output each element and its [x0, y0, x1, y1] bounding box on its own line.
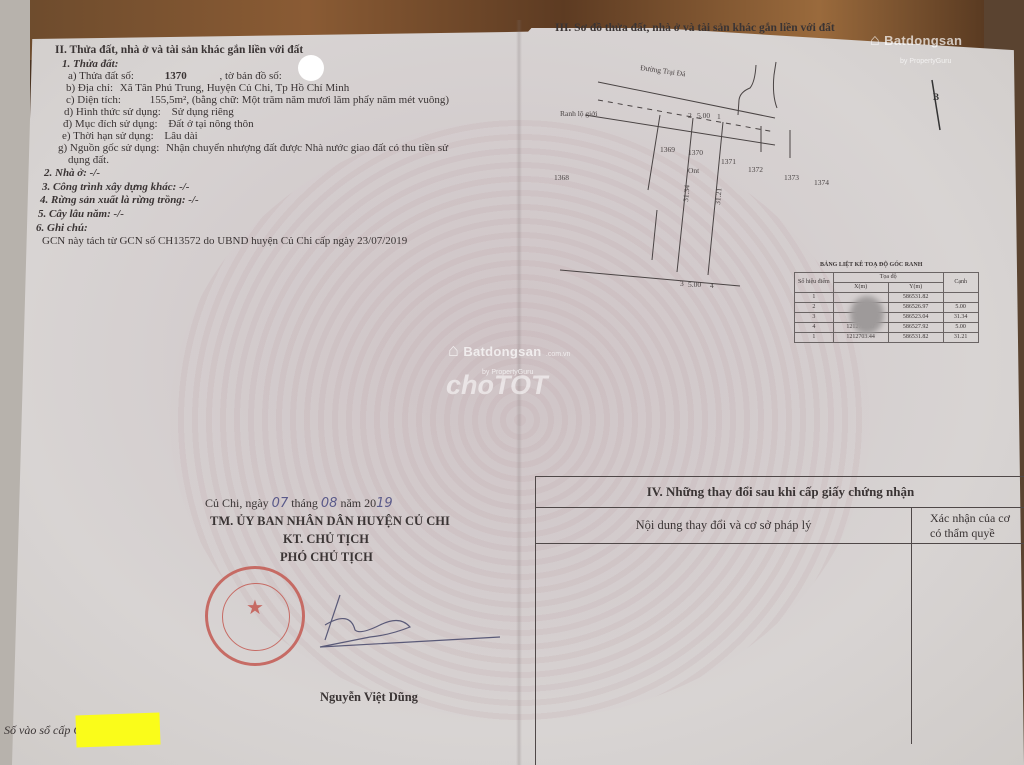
parcel-1372: 1372 — [748, 165, 763, 174]
parcel-number: 1370 — [165, 70, 187, 82]
coord-row: 41212712.47586527.925.00 — [795, 323, 979, 333]
ownership-value: Sử dụng riêng — [172, 106, 234, 118]
notes-heading: 6. Ghi chú: — [36, 222, 88, 235]
corner-top-left: 2 — [688, 111, 692, 120]
coord-table-caption: BẢNG LIỆT KÊ TOẠ ĐỘ GÓC RANH — [820, 262, 922, 268]
area-label: c) Diện tích: — [66, 94, 121, 106]
corner-bottom-right: 4 — [710, 281, 714, 290]
coord-point: 1 — [795, 333, 834, 343]
month: 08 — [321, 496, 338, 511]
confirm-cell — [912, 544, 1024, 744]
house-logo-icon: ⌂ — [870, 32, 880, 49]
watermark-top-right: ⌂ Batdongsan by PropertyGuru — [870, 32, 962, 68]
coord-y: 586523.04 — [888, 313, 943, 323]
section-4-title: IV. Những thay đổi sau khi cấp giấy chứn… — [536, 477, 1024, 508]
subject-land-code: Ont — [688, 166, 700, 175]
redaction-dot — [298, 55, 324, 81]
ownership-label: d) Hình thức sử dụng: — [64, 106, 161, 118]
term-label: e) Thời hạn sử dụng: — [62, 130, 154, 142]
north-label: B — [933, 92, 939, 102]
parcel-1369: 1369 — [660, 145, 675, 154]
year-suffix: 19 — [376, 496, 393, 511]
boundary-label: Ranh lộ giới — [560, 109, 597, 118]
coord-edge: 31.34 — [943, 313, 978, 323]
road-label: Đường Trại Đá — [640, 63, 687, 78]
place-date: Củ Chi, ngày 07 tháng 08 năm 2019 — [205, 497, 393, 510]
edge-left: 31.34 — [681, 184, 691, 202]
coord-point: 3 — [795, 313, 834, 323]
origin-value-line2: dụng đất. — [68, 154, 109, 167]
coord-point: 1 — [795, 293, 834, 303]
purpose-label: đ) Mục đích sử dụng: — [63, 118, 158, 130]
address-value: Xã Tân Phú Trung, Huyện Củ Chi, Tp Hồ Ch… — [120, 82, 349, 94]
sign-line-1: TM. ỦY BAN NHÂN DÂN HUYỆN CỦ CHI — [210, 514, 450, 529]
other-construction-row: 3. Công trình xây dựng khác: -/- — [42, 181, 189, 194]
coord-point: 2 — [795, 303, 834, 313]
parcel-1374: 1374 — [814, 178, 829, 187]
section-3-title: III. Sơ đồ thửa đất, nhà ở và tài sản kh… — [555, 22, 835, 35]
origin-label: g) Nguồn gốc sử dụng: — [58, 142, 159, 154]
col-x: X(m) — [833, 283, 888, 293]
coord-edge: 5.00 — [943, 323, 978, 333]
month-label: tháng — [291, 496, 318, 510]
subject-parcel: 1370 — [688, 148, 703, 157]
section-2-title: II. Thửa đất, nhà ở và tài sản khác gắn … — [55, 44, 303, 57]
corner-bottom-left: 3 — [680, 279, 684, 288]
edge-right: 31.21 — [713, 187, 723, 205]
corner-top-right: 1 — [717, 112, 721, 121]
coord-y: 586531.82 — [888, 293, 943, 303]
coord-y: 586526.97 — [888, 303, 943, 313]
forest-row: 4. Rừng sản xuất là rừng trồng: -/- — [40, 194, 199, 207]
house-row: 2. Nhà ở: -/- — [44, 167, 100, 180]
coord-edge: 31.21 — [943, 333, 978, 343]
year-label: năm 20 — [340, 496, 376, 510]
parcel-1371: 1371 — [721, 157, 736, 166]
purpose-value: Đất ở tại nông thôn — [168, 118, 253, 130]
perennial-row: 5. Cây lâu năm: -/- — [38, 208, 124, 221]
coord-table: Số hiệu điểm Tọa độ Cạnh X(m) Y(m) 15865… — [794, 272, 979, 343]
area-value: 155,5m², (bằng chữ: Một trăm năm mươi lă… — [150, 94, 449, 106]
origin-row: g) Nguồn gốc sử dụng: Nhận chuyển nhượng… — [58, 142, 448, 155]
edge-bottom: 5.00 — [688, 280, 701, 289]
sign-line-2: KT. CHỦ TỊCH — [283, 532, 369, 547]
coord-edge — [943, 293, 978, 303]
coord-point: 4 — [795, 323, 834, 333]
place-date-prefix: Củ Chi, ngày — [205, 496, 269, 510]
coord-x: 1212703.44 — [833, 333, 888, 343]
redaction-blur — [850, 296, 884, 334]
col-point: Số hiệu điểm — [795, 273, 834, 293]
parcel-diagram: B Đường Trại Đá Ranh lộ giới 2 5.00 1 13… — [540, 40, 980, 300]
coord-y: 586531.82 — [888, 333, 943, 343]
col-confirm: Xác nhận của cơ có thẩm quyề — [912, 508, 1024, 543]
day: 07 — [272, 496, 289, 511]
col-y: Y(m) — [888, 283, 943, 293]
parcel-number-label: a) Thửa đất số: — [68, 70, 134, 82]
coord-row: 1586531.82 — [795, 293, 979, 303]
house-logo-icon: ⌂ — [448, 340, 459, 360]
coord-row: 2586526.975.00 — [795, 303, 979, 313]
signature — [260, 585, 500, 665]
content-cell — [536, 544, 912, 744]
map-sheet-label: , tờ bản đồ số: — [219, 70, 281, 82]
col-content: Nội dung thay đổi và cơ sở pháp lý — [536, 508, 912, 543]
section-4-changes-table: IV. Những thay đổi sau khi cấp giấy chứn… — [535, 476, 1024, 765]
origin-value-line1: Nhận chuyển nhượng đất được Nhà nước gia… — [166, 142, 448, 154]
address-label: b) Địa chỉ: — [66, 82, 113, 94]
coord-row: 3586523.0431.34 — [795, 313, 979, 323]
signer-name: Nguyễn Việt Dũng — [320, 690, 418, 705]
edge-top: 5.00 — [697, 111, 710, 120]
redaction-highlight — [75, 713, 160, 748]
parcel-1368: 1368 — [554, 173, 569, 182]
sign-line-3: PHÓ CHỦ TỊCH — [280, 550, 373, 565]
coord-row: 11212703.44586531.8231.21 — [795, 333, 979, 343]
notes-value: GCN này tách từ GCN số CH13572 do UBND h… — [42, 235, 407, 248]
col-coords: Tọa độ — [833, 273, 943, 283]
col-edge: Cạnh — [943, 273, 978, 293]
parcel-1373: 1373 — [784, 173, 799, 182]
chotot-watermark: choTOT — [446, 370, 548, 401]
coord-edge: 5.00 — [943, 303, 978, 313]
term-value: Lâu dài — [164, 130, 197, 142]
coord-y: 586527.92 — [888, 323, 943, 333]
